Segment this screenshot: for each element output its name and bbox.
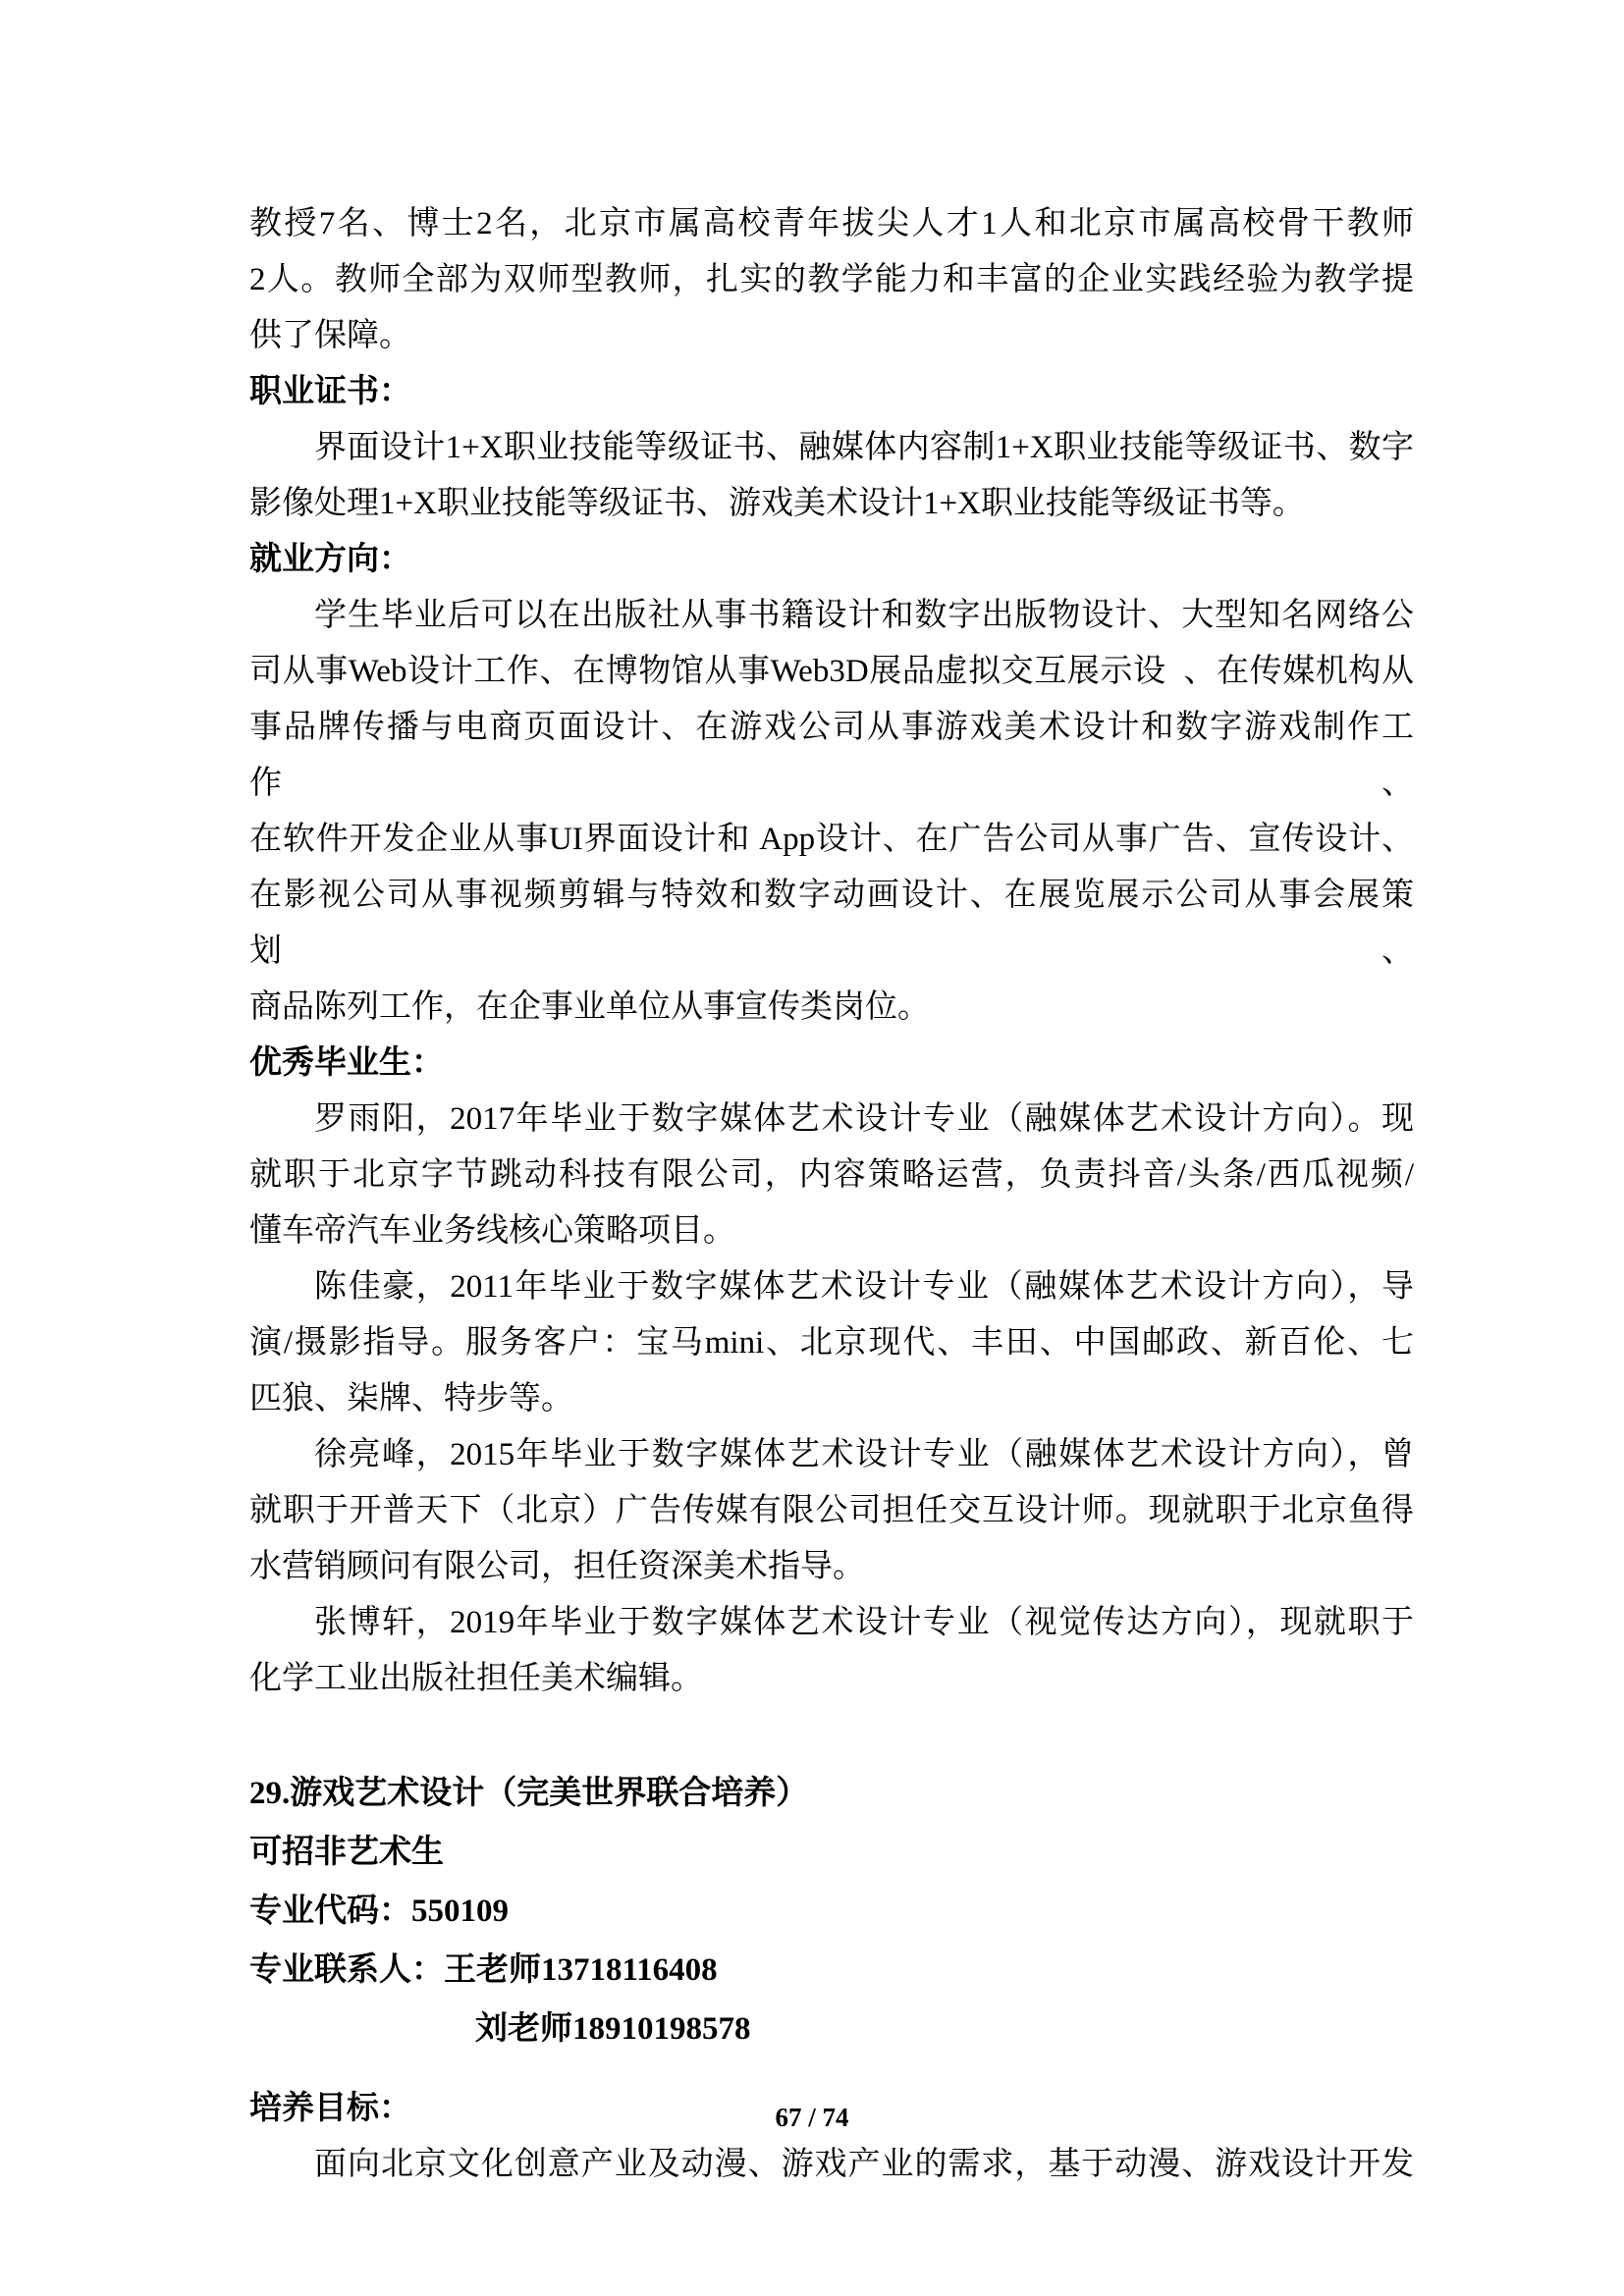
text-line: 供了保障。 — [249, 308, 1414, 364]
text-line: 就职于开普天下（北京）广告传媒有限公司担任交互设计师。现就职于北京鱼得 — [249, 1483, 1414, 1539]
text-line: 专业代码：550109 — [249, 1882, 1414, 1941]
text-line: 优秀毕业生： — [249, 1036, 1414, 1092]
paragraph-graduate-chen-jiahao: 陈佳豪，2011年毕业于数字媒体艺术设计专业（融媒体艺术设计方向），导演/摄影指… — [249, 1259, 1414, 1427]
text-line: 在软件开发企业从事UI界面设计和 App设计、在广告公司从事广告、宣传设计、 — [249, 812, 1414, 868]
text-line: 事品牌传播与电商页面设计、在游戏公司从事游戏美术设计和数字游戏制作工作、 — [249, 700, 1414, 812]
text-line: 徐亮峰，2015年毕业于数字媒体艺术设计专业（融媒体艺术设计方向），曾 — [249, 1427, 1414, 1483]
text-line: 化学工业出版社担任美术编辑。 — [249, 1651, 1414, 1707]
document-content: 教授7名、博士2名，北京市属高校青年拔尖人才1人和北京市属高校骨干教师2人。教师… — [249, 196, 1414, 2193]
text-line: 陈佳豪，2011年毕业于数字媒体艺术设计专业（融媒体艺术设计方向），导 — [249, 1259, 1414, 1315]
heading-major-contact-wang: 专业联系人：王老师13718116408 — [249, 1941, 1414, 2000]
paragraph-certificates: 界面设计1+X职业技能等级证书、融媒体内容制1+X职业技能等级证书、数字影像处理… — [249, 420, 1414, 532]
heading-employment-direction: 就业方向： — [249, 532, 1414, 588]
heading-major-contact-liu: 刘老师18910198578 — [249, 2000, 1414, 2058]
page-number: 67 / 74 — [0, 2103, 1624, 2132]
text-line: 界面设计1+X职业技能等级证书、融媒体内容制1+X职业技能等级证书、数字 — [249, 420, 1414, 476]
paragraph-graduate-xu-liangfeng: 徐亮峰，2015年毕业于数字媒体艺术设计专业（融媒体艺术设计方向），曾就职于开普… — [249, 1427, 1414, 1595]
section-gap — [249, 1707, 1414, 1764]
heading-outstanding-graduates: 优秀毕业生： — [249, 1036, 1414, 1092]
text-line: 教授7名、博士2名，北京市属高校青年拔尖人才1人和北京市属高校骨干教师 — [249, 196, 1414, 252]
text-line: 演/摄影指导。服务客户：宝马mini、北京现代、丰田、中国邮政、新百伦、七 — [249, 1315, 1414, 1371]
text-line: 职业证书： — [249, 364, 1414, 420]
text-line: 2人。教师全部为双师型教师，扎实的教学能力和丰富的企业实践经验为教学提 — [249, 252, 1414, 308]
text-line: 专业联系人：王老师13718116408 — [249, 1941, 1414, 2000]
paragraph-faculty-continued: 教授7名、博士2名，北京市属高校青年拔尖人才1人和北京市属高校骨干教师2人。教师… — [249, 196, 1414, 364]
text-line: 可招非艺术生 — [249, 1823, 1414, 1882]
text-line: 罗雨阳，2017年毕业于数字媒体艺术设计专业（融媒体艺术设计方向）。现 — [249, 1092, 1414, 1148]
text-line: 张博轩，2019年毕业于数字媒体艺术设计专业（视觉传达方向），现就职于 — [249, 1595, 1414, 1651]
text-line: 刘老师18910198578 — [249, 2000, 1414, 2058]
heading-vocational-certificates: 职业证书： — [249, 364, 1414, 420]
text-line: 29.游戏艺术设计（完美世界联合培养） — [249, 1764, 1414, 1823]
small-gap — [249, 2058, 1414, 2081]
paragraph-graduate-luo-yuyang: 罗雨阳，2017年毕业于数字媒体艺术设计专业（融媒体艺术设计方向）。现就职于北京… — [249, 1092, 1414, 1259]
document-page: 教授7名、博士2名，北京市属高校青年拔尖人才1人和北京市属高校骨干教师2人。教师… — [0, 0, 1624, 2296]
heading-non-art-students: 可招非艺术生 — [249, 1823, 1414, 1882]
section-heading-game-art-design: 29.游戏艺术设计（完美世界联合培养） — [249, 1764, 1414, 1823]
text-line: 学生毕业后可以在出版社从事书籍设计和数字出版物设计、大型知名网络公 — [249, 588, 1414, 644]
paragraph-training-objectives: 面向北京文化创意产业及动漫、游戏产业的需求，基于动漫、游戏设计开发 — [249, 2137, 1414, 2193]
text-line: 匹狼、柒牌、特步等。 — [249, 1371, 1414, 1427]
heading-major-code: 专业代码：550109 — [249, 1882, 1414, 1941]
text-line: 就业方向： — [249, 532, 1414, 588]
paragraph-graduate-zhang-boxuan: 张博轩，2019年毕业于数字媒体艺术设计专业（视觉传达方向），现就职于化学工业出… — [249, 1595, 1414, 1707]
text-line: 懂车帝汽车业务线核心策略项目。 — [249, 1203, 1414, 1259]
text-line: 面向北京文化创意产业及动漫、游戏产业的需求，基于动漫、游戏设计开发 — [249, 2137, 1414, 2193]
text-line: 在影视公司从事视频剪辑与特效和数字动画设计、在展览展示公司从事会展策划、 — [249, 868, 1414, 980]
text-line: 影像处理1+X职业技能等级证书、游戏美术设计1+X职业技能等级证书等。 — [249, 476, 1414, 532]
paragraph-employment: 学生毕业后可以在出版社从事书籍设计和数字出版物设计、大型知名网络公司从事Web设… — [249, 588, 1414, 1036]
text-line: 商品陈列工作，在企事业单位从事宣传类岗位。 — [249, 980, 1414, 1036]
text-line: 水营销顾问有限公司，担任资深美术指导。 — [249, 1539, 1414, 1595]
text-line: 司从事Web设计工作、在博物馆从事Web3D展品虚拟交互展示设 、在传媒机构从 — [249, 644, 1414, 700]
text-line: 就职于北京字节跳动科技有限公司，内容策略运营，负责抖音/头条/西瓜视频/ — [249, 1148, 1414, 1203]
